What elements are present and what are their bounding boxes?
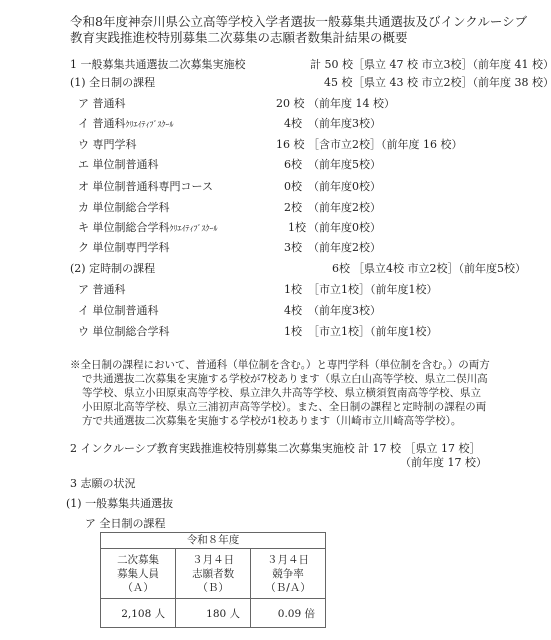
section1-note: ［県立 47 校 市立3校］（前年度 41 校） bbox=[353, 58, 551, 72]
table-column-headers: 二次募集 募集人員 （Ａ） ３月４日 志願者数 （Ｂ） ３月４日 競争率 （Ｂ/… bbox=[101, 549, 326, 599]
item-note: （前年度0校） bbox=[308, 221, 381, 235]
section3-label: 3 志願の状況 bbox=[70, 477, 136, 491]
section2-note: （前年度 17 校） bbox=[400, 456, 487, 470]
item-count: 3校 bbox=[284, 241, 302, 255]
item-count: 1校 bbox=[284, 325, 302, 339]
section3-sub1a-row: ア 全日制の課程 bbox=[85, 517, 485, 531]
section1-count: 計 50 校 bbox=[310, 58, 353, 72]
item-label: イ 普通科ｸﾘｴｲﾃｨﾌﾞｽｸｰﾙ bbox=[78, 117, 174, 132]
item-note: （前年度3校） bbox=[308, 304, 381, 318]
applicant-table: 令和８年度 二次募集 募集人員 （Ａ） ３月４日 志願者数 （Ｂ） ３月４日 競… bbox=[100, 532, 326, 628]
item-note: （前年度 14 校） bbox=[308, 97, 395, 111]
section2-label: 2 インクルーシブ教育実践推進校特別募集二次募集実施校 bbox=[70, 442, 355, 456]
item-label: ア 普通科 bbox=[78, 283, 126, 297]
fulltime-count: 45 校 bbox=[324, 76, 353, 90]
footnote-text: ※全日制の課程において、普通科（単位制を含む。）と専門学科（単位制を含む。）の両… bbox=[70, 358, 490, 428]
section1-row: 1 一般募集共通選抜二次募集実施校 計 50 校 ［県立 47 校 市立3校］（… bbox=[70, 58, 470, 72]
section1-label: 1 一般募集共通選抜二次募集実施校 bbox=[70, 58, 246, 72]
fulltime-item: ア 普通科 20 校 （前年度 14 校） bbox=[78, 97, 478, 111]
item-note: ［市立1校］（前年度1校） bbox=[308, 325, 438, 339]
item-count: 1校 bbox=[284, 283, 302, 297]
column-header-applicants: ３月４日 志願者数 （Ｂ） bbox=[176, 549, 251, 599]
capacity-value: 2,108 人 bbox=[101, 599, 176, 628]
section3-sub1: (1) 一般募集共通選抜 bbox=[66, 497, 173, 511]
table-header: 令和８年度 bbox=[101, 533, 326, 549]
column-header-ratio: ３月４日 競争率 （Ｂ/Ａ） bbox=[251, 549, 326, 599]
item-count: 2校 bbox=[284, 201, 302, 215]
parttime-row: (2) 定時制の課程 6校 ［県立4校 市立2校］（前年度5校） bbox=[70, 262, 470, 276]
column-header-capacity: 二次募集 募集人員 （Ａ） bbox=[101, 549, 176, 599]
item-count: 4校 bbox=[284, 117, 302, 131]
item-label: キ 単位制総合学科ｸﾘｴｲﾃｨﾌﾞｽｸｰﾙ bbox=[78, 221, 218, 236]
fulltime-item: ウ 専門学科 16 校 ［含市立2校］（前年度 16 校） bbox=[78, 138, 478, 152]
item-note: ［含市立2校］（前年度 16 校） bbox=[308, 138, 463, 152]
footnote: ※全日制の課程において、普通科（単位制を含む。）と専門学科（単位制を含む。）の両… bbox=[70, 358, 490, 428]
title-line-1: 令和8年度神奈川県公立高等学校入学者選抜一般募集共通選抜及びインクルーシブ bbox=[70, 14, 530, 30]
fulltime-item: イ 普通科ｸﾘｴｲﾃｨﾌﾞｽｸｰﾙ 4校 （前年度3校） bbox=[78, 117, 478, 131]
title-line-2: 教育実践推進校特別募集二次募集の志願者数集計結果の概要 bbox=[70, 30, 530, 46]
section2-row: 2 インクルーシブ教育実践推進校特別募集二次募集実施校 計 17 校 ［県立 1… bbox=[70, 442, 490, 456]
item-label: ア 普通科 bbox=[78, 97, 126, 111]
item-label: ウ 単位制総合学科 bbox=[78, 325, 170, 339]
parttime-label: (2) 定時制の課程 bbox=[70, 262, 155, 276]
fulltime-row: (1) 全日制の課程 45 校 ［県立 43 校 市立2校］（前年度 38 校） bbox=[70, 76, 470, 90]
item-note: ［市立1校］（前年度1校） bbox=[308, 283, 438, 297]
fulltime-note: ［県立 43 校 市立2校］（前年度 38 校） bbox=[353, 76, 551, 90]
fulltime-item: オ 単位制普通科専門コース 0校 （前年度0校） bbox=[78, 180, 478, 194]
item-label: ウ 専門学科 bbox=[78, 138, 137, 152]
parttime-item: イ 単位制普通科 4校 （前年度3校） bbox=[78, 304, 478, 318]
item-note: （前年度2校） bbox=[308, 241, 381, 255]
fulltime-item: カ 単位制総合学科 2校 （前年度2校） bbox=[78, 201, 478, 215]
fulltime-label: (1) 全日制の課程 bbox=[70, 76, 155, 90]
item-label: イ 単位制普通科 bbox=[78, 304, 159, 318]
section3-row: 3 志願の状況 bbox=[70, 477, 470, 491]
item-label: エ 単位制普通科 bbox=[78, 158, 159, 172]
item-note: （前年度2校） bbox=[308, 201, 381, 215]
parttime-item: ウ 単位制総合学科 1校 ［市立1校］（前年度1校） bbox=[78, 325, 478, 339]
item-label: ク 単位制専門学科 bbox=[78, 241, 170, 255]
parttime-item: ア 普通科 1校 ［市立1校］（前年度1校） bbox=[78, 283, 478, 297]
item-count: 6校 bbox=[284, 158, 302, 172]
item-count: 0校 bbox=[284, 180, 302, 194]
fulltime-item: キ 単位制総合学科ｸﾘｴｲﾃｨﾌﾞｽｸｰﾙ 1校 （前年度0校） bbox=[78, 221, 478, 235]
section3-sub1-row: (1) 一般募集共通選抜 bbox=[66, 497, 466, 511]
item-label: カ 単位制総合学科 bbox=[78, 201, 170, 215]
parttime-note: ［県立4校 市立2校］（前年度5校） bbox=[353, 262, 526, 276]
parttime-count: 6校 bbox=[332, 262, 350, 276]
ratio-value: 0.09 倍 bbox=[251, 599, 326, 628]
applicants-value: 180 人 bbox=[176, 599, 251, 628]
document-title: 令和8年度神奈川県公立高等学校入学者選抜一般募集共通選抜及びインクルーシブ 教育… bbox=[70, 14, 530, 46]
item-label: オ 単位制普通科専門コース bbox=[78, 180, 213, 194]
table-row: 2,108 人 180 人 0.09 倍 bbox=[101, 599, 326, 628]
fulltime-item: エ 単位制普通科 6校 （前年度5校） bbox=[78, 158, 478, 172]
item-count: 20 校 bbox=[276, 97, 305, 111]
section3-sub1a: ア 全日制の課程 bbox=[85, 517, 166, 531]
item-count: 1校 bbox=[288, 221, 306, 235]
section2-count: 計 17 校 ［県立 17 校］ bbox=[358, 442, 480, 456]
item-note: （前年度0校） bbox=[308, 180, 381, 194]
item-note: （前年度5校） bbox=[308, 158, 381, 172]
section2-note-row: （前年度 17 校） bbox=[70, 456, 490, 470]
fulltime-item: ク 単位制専門学科 3校 （前年度2校） bbox=[78, 241, 478, 255]
item-count: 4校 bbox=[284, 304, 302, 318]
item-count: 16 校 bbox=[276, 138, 305, 152]
item-note: （前年度3校） bbox=[308, 117, 381, 131]
